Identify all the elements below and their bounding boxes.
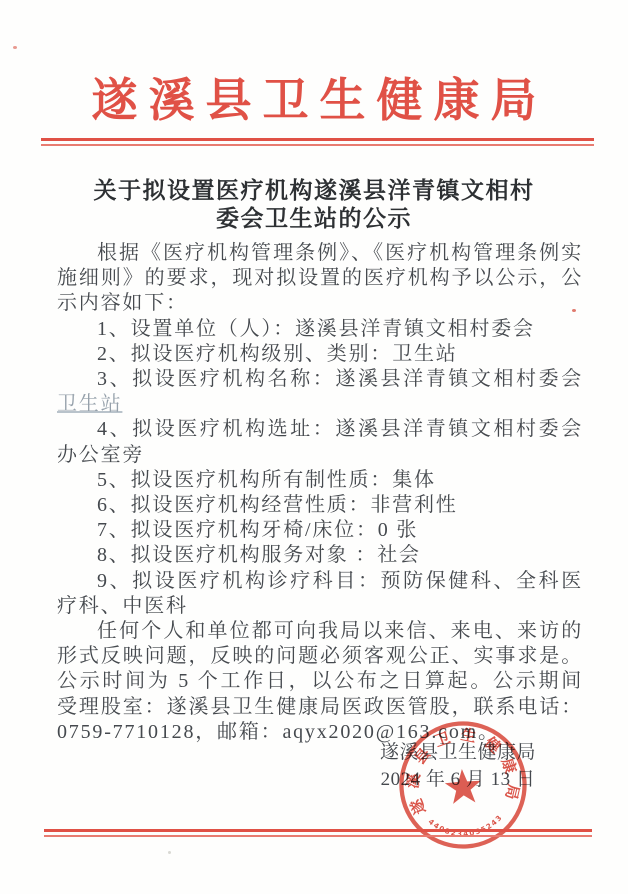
- item-1: 1、设置单位（人）：遂溪县洋青镇文相村委会: [57, 317, 583, 342]
- item-4: 4、拟设医疗机构选址：遂溪县洋青镇文相村委会办公室旁: [57, 417, 583, 467]
- document-body: 根据《医疗机构管理条例》、《医疗机构管理条例实施细则》的要求，现对拟设置的医疗机…: [57, 241, 583, 745]
- title-line-1: 关于拟设置医疗机构遂溪县洋青镇文相村: [94, 178, 535, 203]
- divider-thin-line: [44, 835, 592, 837]
- item-6: 6、拟设医疗机构经营性质：非营利性: [57, 493, 583, 518]
- document-title: 关于拟设置医疗机构遂溪县洋青镇文相村 委会卫生站的公示: [0, 177, 628, 233]
- footer-divider: [44, 829, 592, 837]
- issuing-org-header: 遂溪县卫生健康局: [0, 64, 628, 130]
- item-2: 2、拟设医疗机构级别、类别：卫生站: [57, 342, 583, 367]
- official-seal-stamp: 遂溪县卫生健康局 4408234055243: [387, 709, 539, 861]
- item-8: 8、拟设医疗机构服务对象 ：社会: [57, 543, 583, 568]
- scan-speck: [13, 46, 17, 49]
- item-9: 9、拟设医疗机构诊疗科目：预防保健科、全科医疗科、中医科: [57, 569, 583, 619]
- seal-star-icon: [444, 768, 482, 805]
- scanned-document-page: 遂溪县卫生健康局 关于拟设置医疗机构遂溪县洋青镇文相村 委会卫生站的公示 根据《…: [0, 0, 628, 894]
- intro-paragraph: 根据《医疗机构管理条例》、《医疗机构管理条例实施细则》的要求，现对拟设置的医疗机…: [57, 241, 583, 317]
- item-3: 3、拟设医疗机构名称：遂溪县洋青镇文相村委会卫生站: [57, 367, 583, 417]
- title-line-2: 委会卫生站的公示: [216, 206, 412, 231]
- header-divider: [41, 138, 594, 146]
- item-5: 5、拟设医疗机构所有制性质：集体: [57, 468, 583, 493]
- item-7: 7、拟设医疗机构牙椅/床位：0 张: [57, 518, 583, 543]
- divider-thin-line: [41, 144, 594, 146]
- item-3-text: 3、拟设医疗机构名称：遂溪县洋青镇文相村委会: [97, 368, 583, 390]
- scan-speck: [168, 851, 171, 854]
- item-3-faded-suffix: 卫生站: [57, 393, 122, 415]
